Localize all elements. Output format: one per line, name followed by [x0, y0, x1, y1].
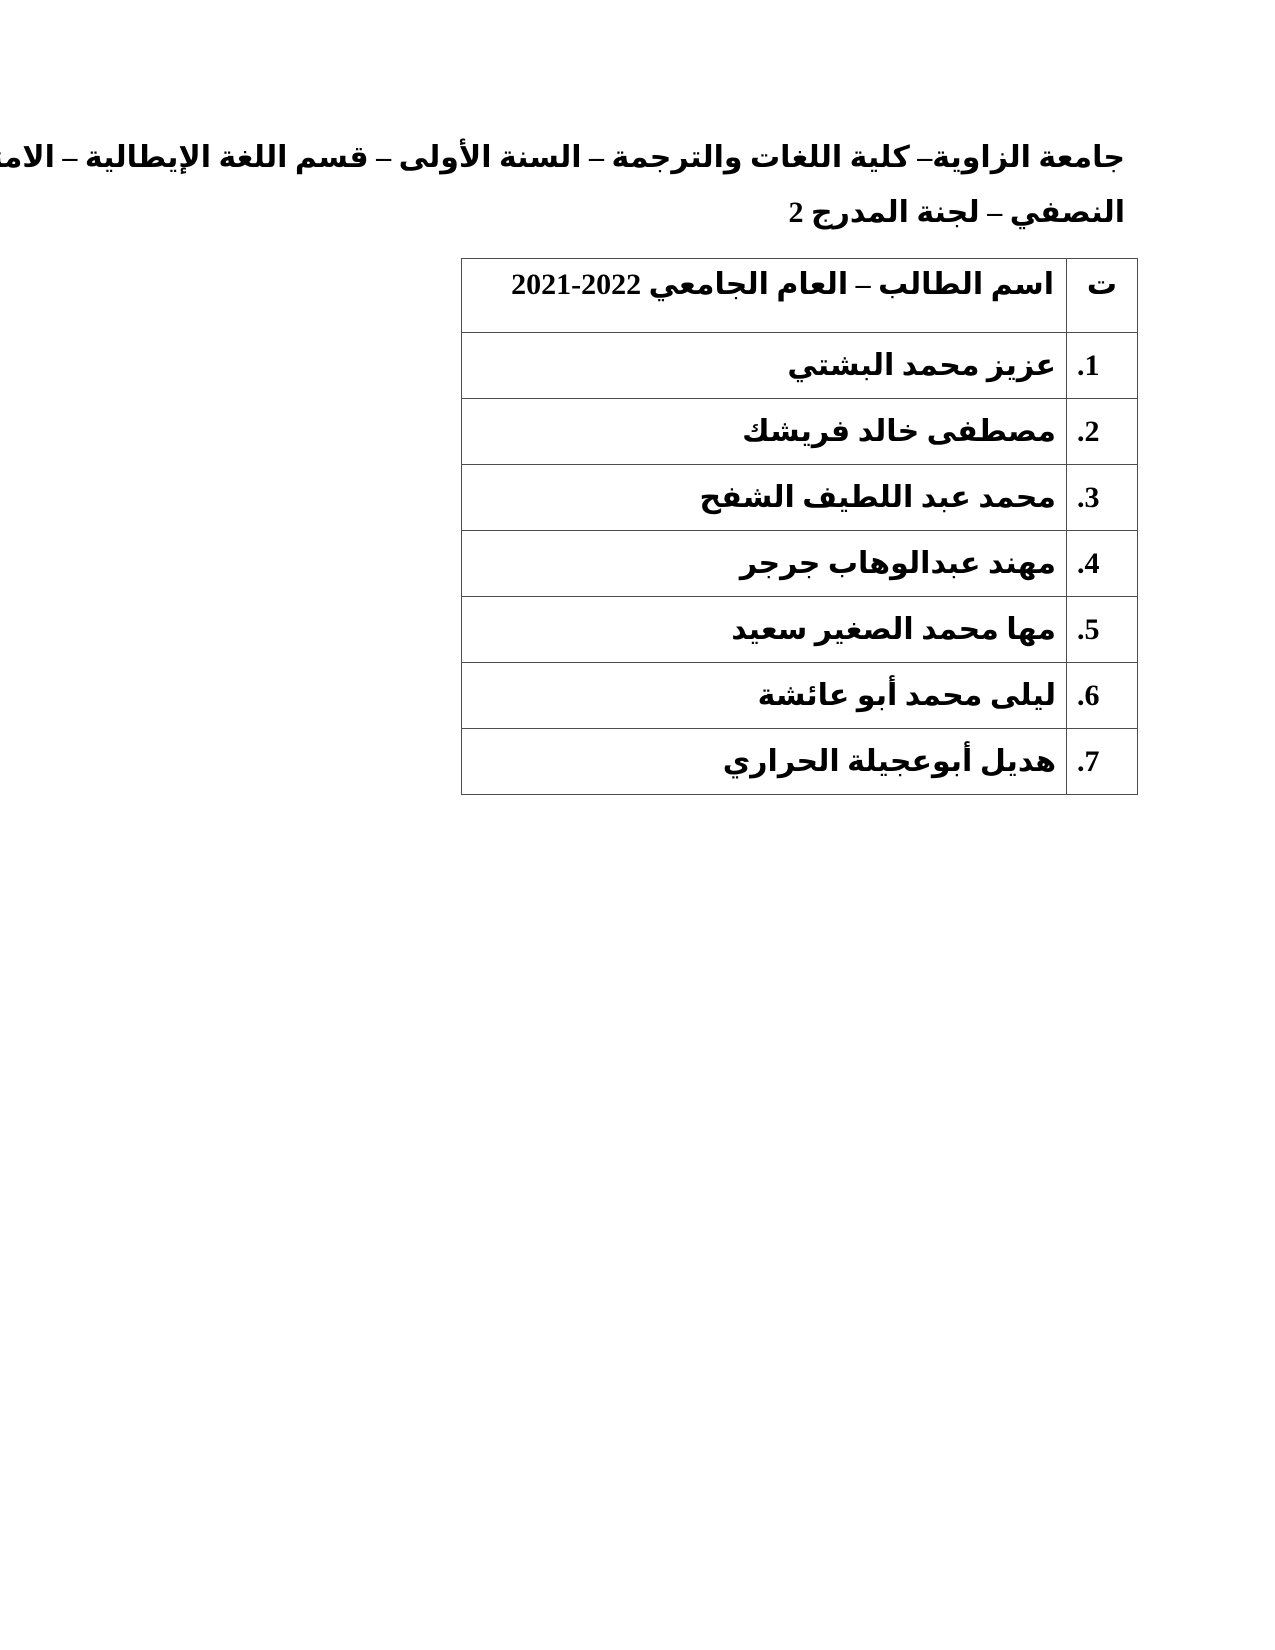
- index-column-header: ت: [1067, 259, 1138, 333]
- row-number: 1.: [1067, 333, 1138, 399]
- table-row: 4.مهند عبدالوهاب جرجر: [462, 531, 1138, 597]
- student-roster-table: ت اسم الطالب – العام الجامعي 2022-2021 1…: [461, 258, 1138, 795]
- student-name-column-header: اسم الطالب – العام الجامعي 2022-2021: [462, 259, 1067, 333]
- student-name: هديل أبوعجيلة الحراري: [462, 729, 1067, 795]
- table-row: 5.مها محمد الصغير سعيد: [462, 597, 1138, 663]
- table-row: 7.هديل أبوعجيلة الحراري: [462, 729, 1138, 795]
- roster-body: 1.عزيز محمد البشتي2.مصطفى خالد فريشك3.مح…: [462, 333, 1138, 795]
- row-number: 6.: [1067, 663, 1138, 729]
- heading-line-1: جامعة الزاوية– كلية اللغات والترجمة – ال…: [150, 130, 1125, 185]
- student-name: محمد عبد اللطيف الشفح: [462, 465, 1067, 531]
- student-name: مصطفى خالد فريشك: [462, 399, 1067, 465]
- heading-line-2: النصفي – لجنة المدرج 2: [150, 185, 1125, 240]
- table-row: 3.محمد عبد اللطيف الشفح: [462, 465, 1138, 531]
- table-row: 6.ليلى محمد أبو عائشة: [462, 663, 1138, 729]
- table-row: 1.عزيز محمد البشتي: [462, 333, 1138, 399]
- row-number: 7.: [1067, 729, 1138, 795]
- student-name: مها محمد الصغير سعيد: [462, 597, 1067, 663]
- student-name: مهند عبدالوهاب جرجر: [462, 531, 1067, 597]
- row-number: 5.: [1067, 597, 1138, 663]
- student-name: عزيز محمد البشتي: [462, 333, 1067, 399]
- row-number: 4.: [1067, 531, 1138, 597]
- document-heading: جامعة الزاوية– كلية اللغات والترجمة – ال…: [150, 130, 1125, 240]
- table-row: 2.مصطفى خالد فريشك: [462, 399, 1138, 465]
- roster-header-row: ت اسم الطالب – العام الجامعي 2022-2021: [462, 259, 1138, 333]
- row-number: 2.: [1067, 399, 1138, 465]
- row-number: 3.: [1067, 465, 1138, 531]
- student-name: ليلى محمد أبو عائشة: [462, 663, 1067, 729]
- document-page: جامعة الزاوية– كلية اللغات والترجمة – ال…: [0, 0, 1275, 1650]
